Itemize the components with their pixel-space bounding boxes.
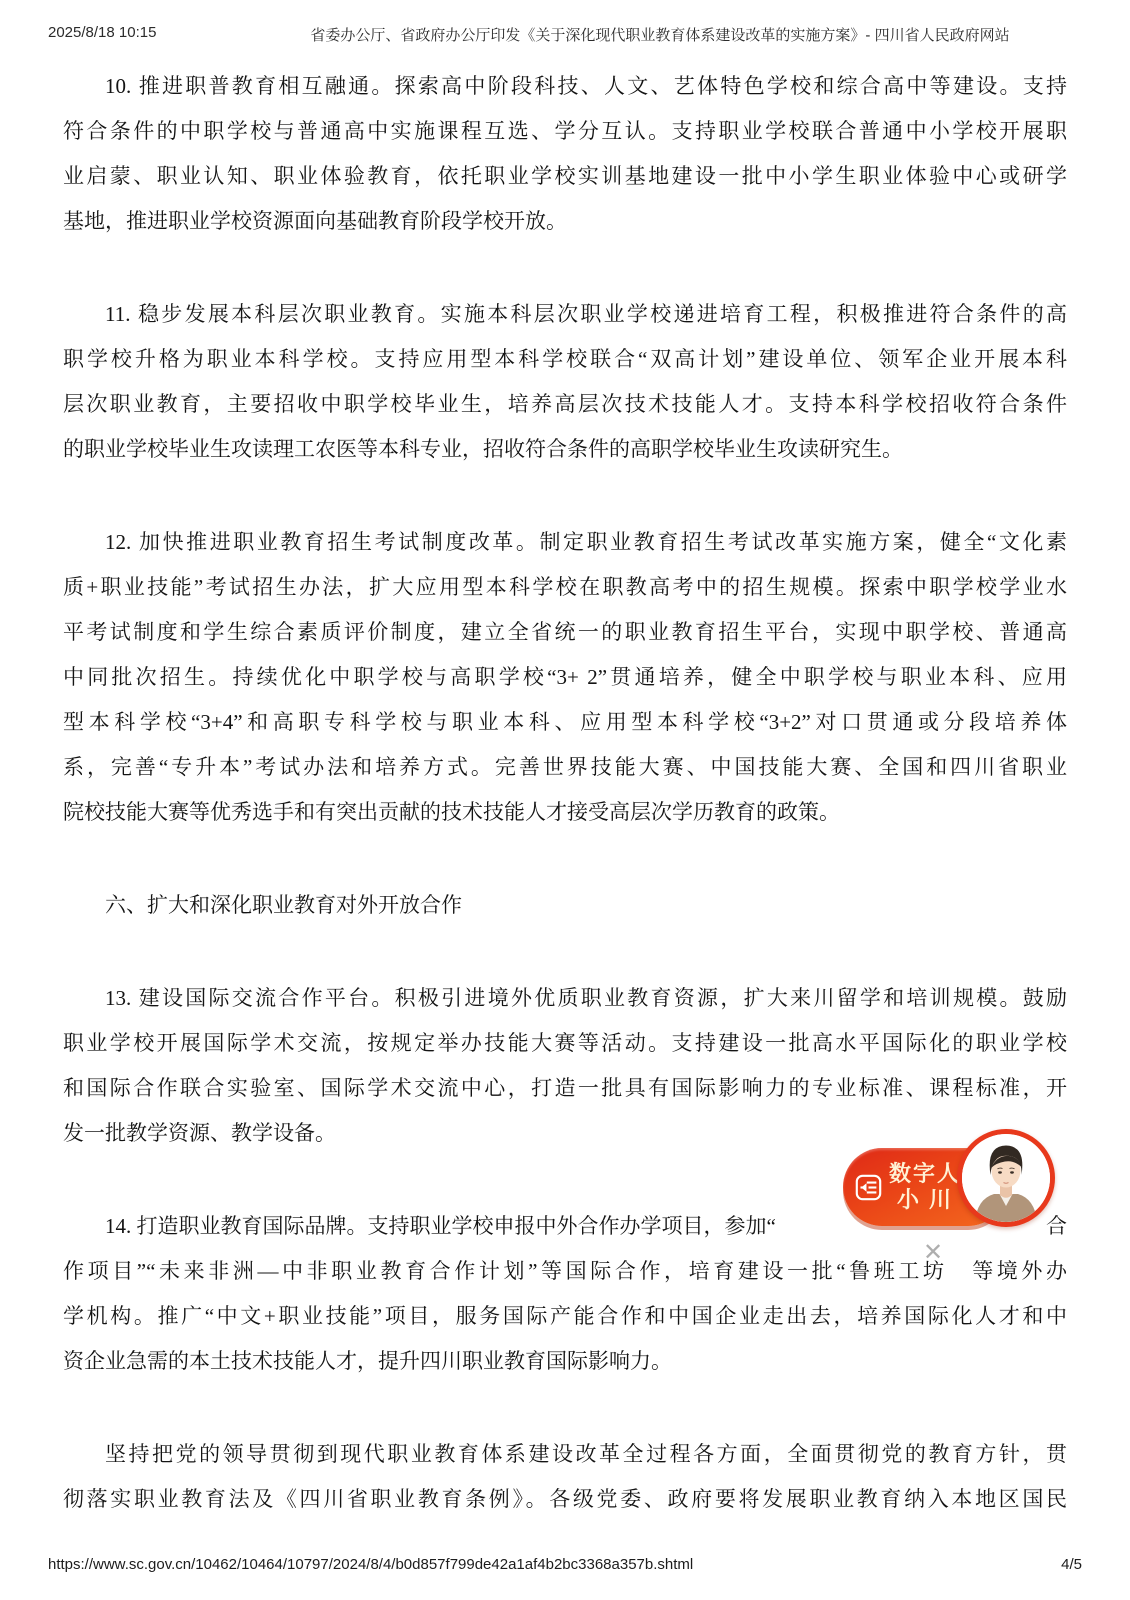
- paragraph: 12. 加快推进职业教育招生考试制度改革。制定职业教育招生考试改革实施方案，健全…: [63, 520, 1067, 835]
- text-line: 学机构。推广“中文+职业技能”项目，服务国际产能合作和中国企业走出去，培养国际化…: [63, 1294, 1067, 1339]
- paragraph: 11. 稳步发展本科层次职业教育。实施本科层次职业学校递进培育工程，积极推进符合…: [63, 292, 1067, 472]
- text-line: 系，完善“专升本”考试办法和培养方式。完善世界技能大赛、中国技能大赛、全国和四川…: [63, 745, 1067, 790]
- text-line: 作项目”“未来非洲—中非职业教育合作计划”等国际合作，培育建设一批“鲁班工坊 等…: [63, 1249, 1067, 1294]
- print-datetime: 2025/8/18 10:15: [48, 24, 238, 41]
- text-line: 13. 建设国际交流合作平台。积极引进境外优质职业教育资源，扩大来川留学和培训规…: [63, 976, 1067, 1021]
- digital-assistant-widget[interactable]: 数字人 小 川: [843, 1129, 1063, 1235]
- assistant-label-line1: 数字人: [889, 1161, 961, 1186]
- text-line: 层次职业教育，主要招收中职学校毕业生，培养高层次技术技能人才。支持本科学校招收符…: [63, 382, 1067, 427]
- page-indicator: 4/5: [1061, 1556, 1082, 1573]
- text-line: 业启蒙、职业认知、职业体验教育，依托职业学校实训基地建设一批中小学生职业体验中心…: [63, 154, 1067, 199]
- text-line: 10. 推进职普教育相互融通。探索高中阶段科技、人文、艺体特色学校和综合高中等建…: [63, 64, 1067, 109]
- collapse-icon: [855, 1174, 882, 1201]
- assistant-close-button[interactable]: ✕: [918, 1238, 948, 1268]
- assistant-label: 数字人 小 川: [889, 1161, 961, 1213]
- text-line: 六、扩大和深化职业教育对外开放合作: [63, 883, 1067, 928]
- text-line: 资企业急需的本土技术技能人才，提升四川职业教育国际影响力。: [63, 1339, 1067, 1384]
- text-line: 职业学校开展国际学术交流，按规定举办技能大赛等活动。支持建设一批高水平国际化的职…: [63, 1021, 1067, 1066]
- text-line: 符合条件的中职学校与普通高中实施课程互选、学分互认。支持职业学校联合普通中小学校…: [63, 109, 1067, 154]
- text-line: 坚持把党的领导贯彻到现代职业教育体系建设改革全过程各方面，全面贯彻党的教育方针，…: [63, 1432, 1067, 1477]
- text-line: 12. 加快推进职业教育招生考试制度改革。制定职业教育招生考试改革实施方案，健全…: [63, 520, 1067, 565]
- assistant-label-line2: 小 川: [897, 1187, 953, 1212]
- text-line: 院校技能大赛等优秀选手和有突出贡献的技术技能人才接受高层次学历教育的政策。: [63, 790, 1067, 835]
- paragraph: 坚持把党的领导贯彻到现代职业教育体系建设改革全过程各方面，全面贯彻党的教育方针，…: [63, 1432, 1067, 1522]
- footer-url: https://www.sc.gov.cn/10462/10464/10797/…: [48, 1556, 693, 1573]
- print-footer: https://www.sc.gov.cn/10462/10464/10797/…: [48, 1556, 1082, 1573]
- print-title: 省委办公厅、省政府办公厅印发《关于深化现代职业教育体系建设改革的实施方案》- 四…: [238, 24, 1082, 45]
- text-line: 职学校升格为职业本科学校。支持应用型本科学校联合“双高计划”建设单位、领军企业开…: [63, 337, 1067, 382]
- text-line: 质+职业技能”考试招生办法，扩大应用型本科学校在职教高考中的招生规模。探索中职学…: [63, 565, 1067, 610]
- text-line: 11. 稳步发展本科层次职业教育。实施本科层次职业学校递进培育工程，积极推进符合…: [63, 292, 1067, 337]
- text-line: 和国际合作联合实验室、国际学术交流中心，打造一批具有国际影响力的专业标准、课程标…: [63, 1066, 1067, 1111]
- text-line: 中同批次招生。持续优化中职学校与高职学校“3+ 2”贯通培养，健全中职学校与职业…: [63, 655, 1067, 700]
- document-body: 10. 推进职普教育相互融通。探索高中阶段科技、人文、艺体特色学校和综合高中等建…: [63, 64, 1067, 1570]
- text-line: 型本科学校“3+4”和高职专科学校与职业本科、应用型本科学校“3+2”对口贯通或…: [63, 700, 1067, 745]
- text-fragment: 14. 打造职业教育国际品牌。支持职业学校申报中外合作办学项目，参加“: [105, 1204, 776, 1249]
- assistant-avatar[interactable]: [957, 1129, 1055, 1227]
- text-line: 彻落实职业教育法及《四川省职业教育条例》。各级党委、政府要将发展职业教育纳入本地…: [63, 1477, 1067, 1522]
- text-line: 平考试制度和学生综合素质评价制度，建立全省统一的职业教育招生平台，实现中职学校、…: [63, 610, 1067, 655]
- paragraph: 10. 推进职普教育相互融通。探索高中阶段科技、人文、艺体特色学校和综合高中等建…: [63, 64, 1067, 244]
- section-heading: 六、扩大和深化职业教育对外开放合作: [63, 883, 1067, 928]
- print-header: 2025/8/18 10:15 省委办公厅、省政府办公厅印发《关于深化现代职业教…: [48, 24, 1082, 45]
- text-line: 基地，推进职业学校资源面向基础教育阶段学校开放。: [63, 199, 1067, 244]
- text-line: 的职业学校毕业生攻读理工农医等本科专业，招收符合条件的高职学校毕业生攻读研究生。: [63, 427, 1067, 472]
